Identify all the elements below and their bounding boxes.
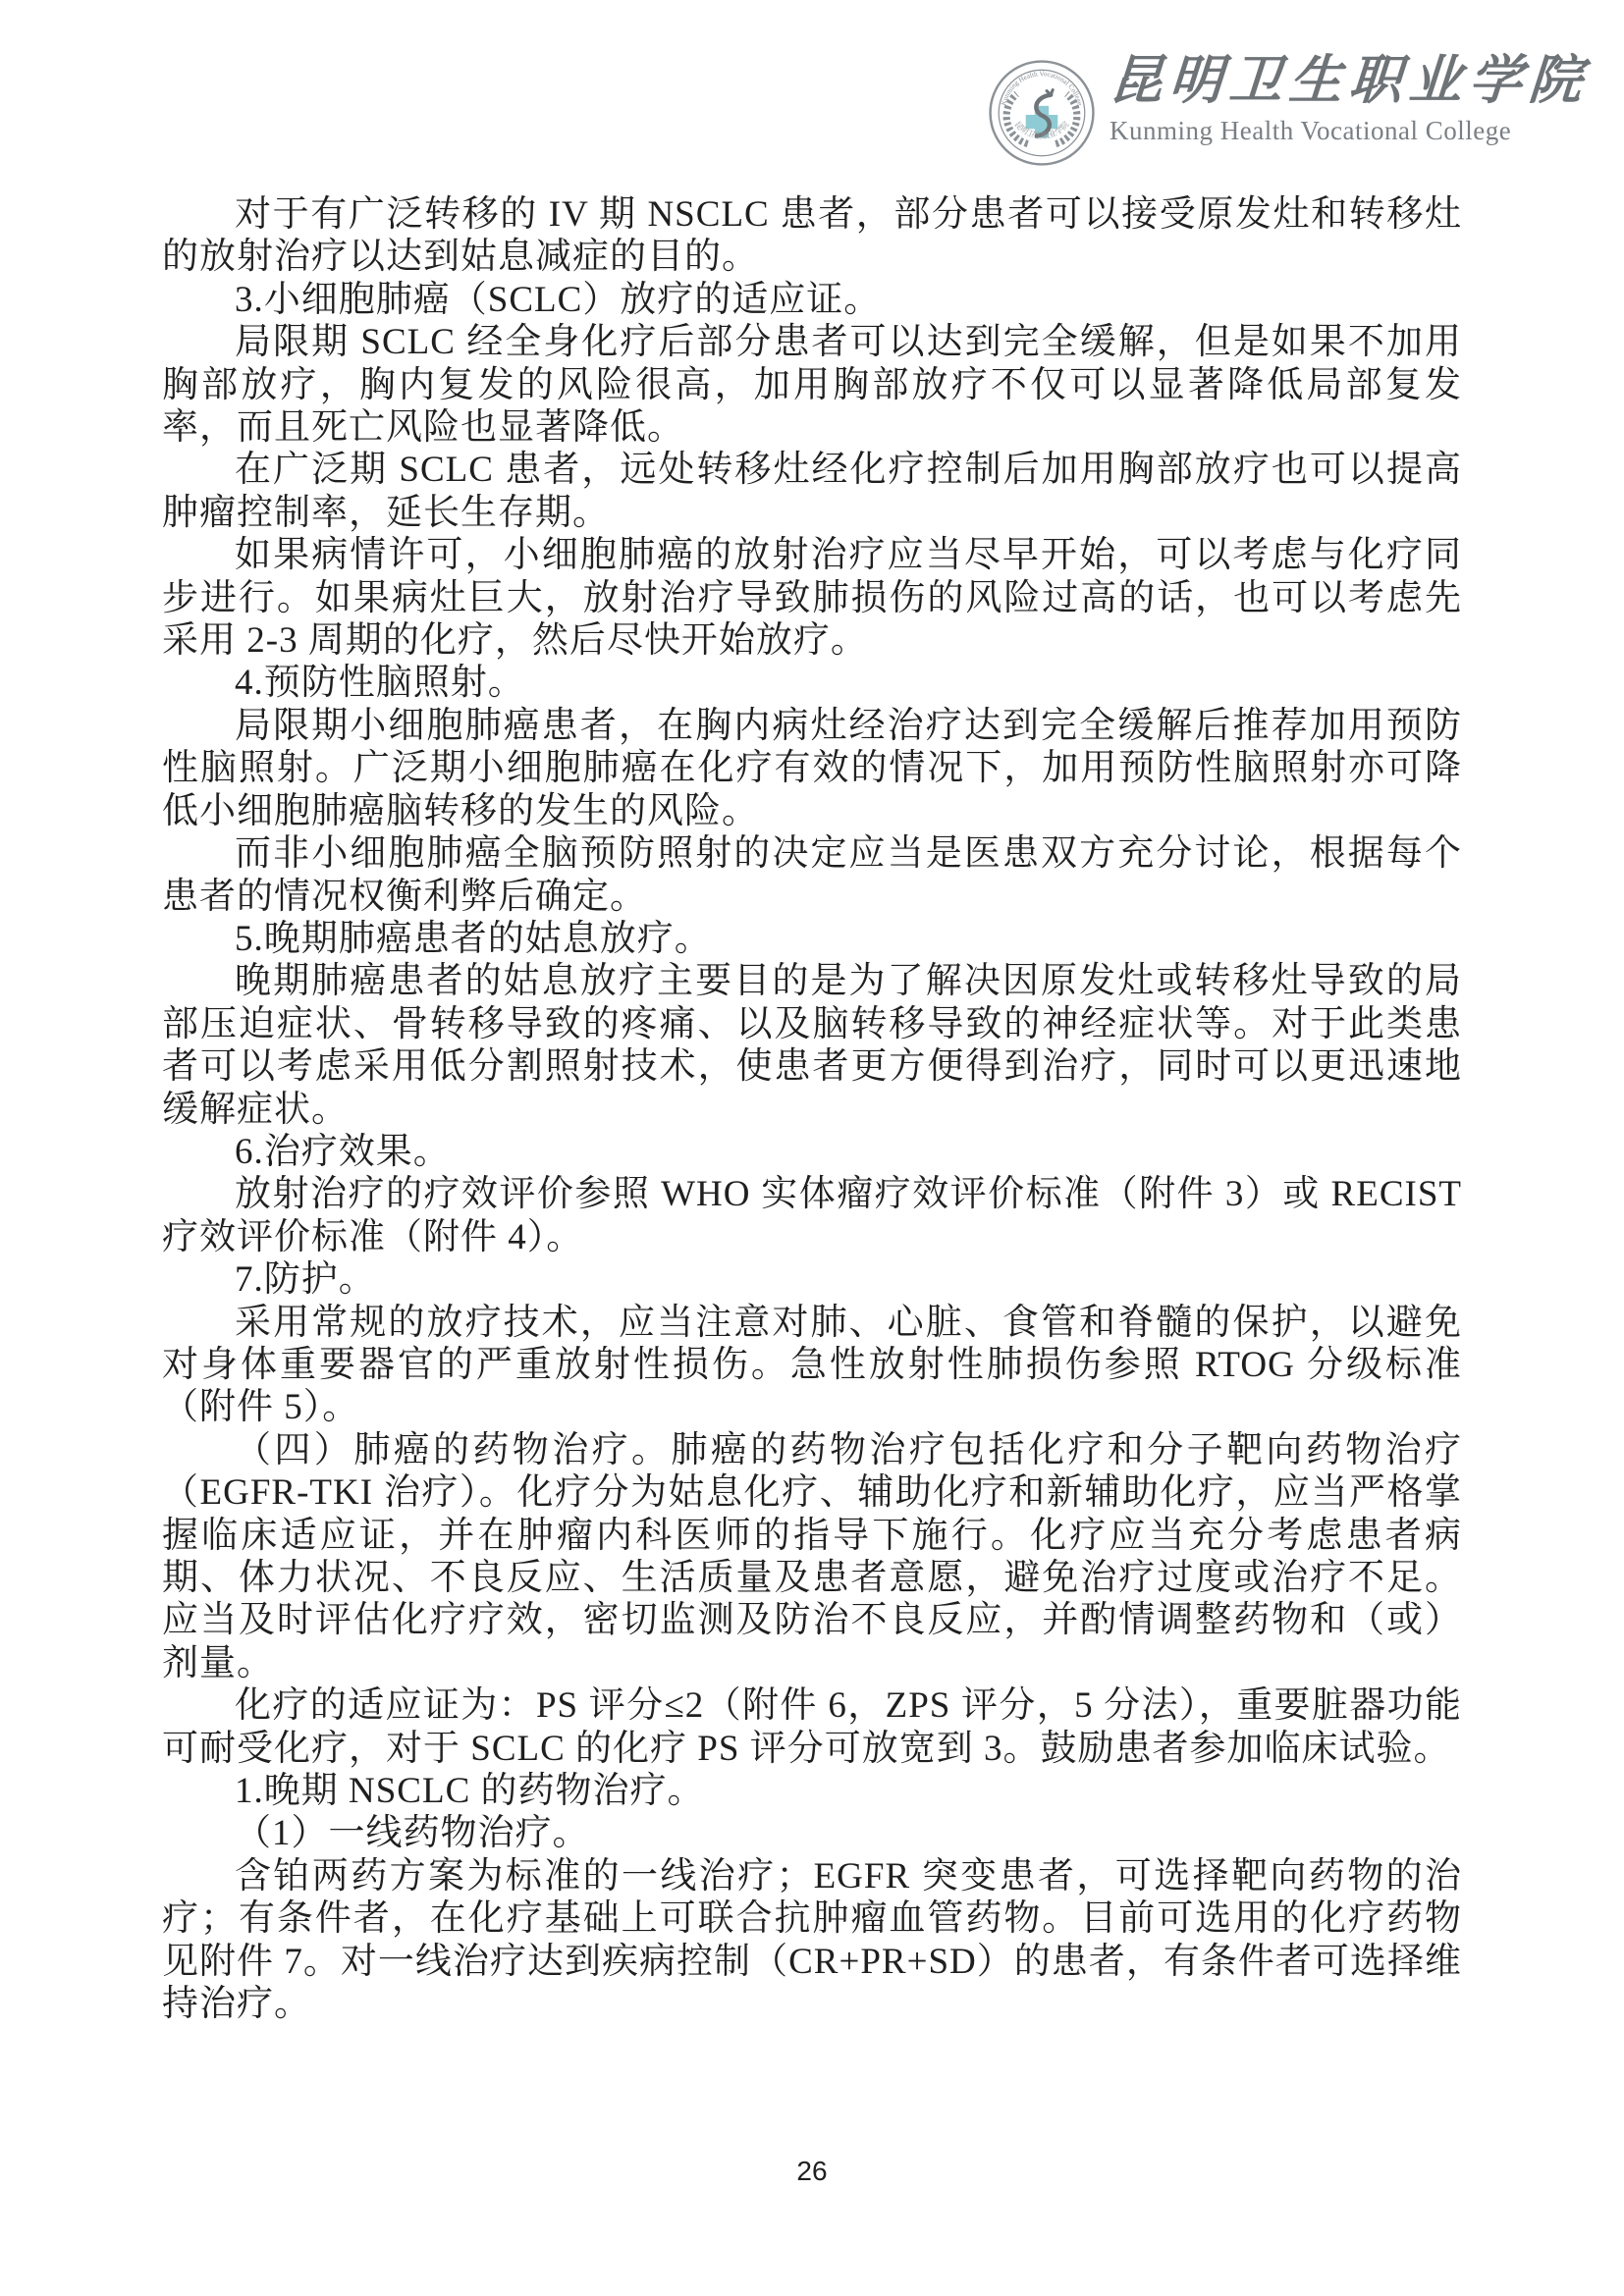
page-number: 26: [0, 2156, 1624, 2187]
college-logo-text: 昆明卫生职业学院 Kunming Health Vocational Colle…: [1110, 51, 1589, 145]
paragraph: 4.预防性脑照射。: [162, 662, 1462, 704]
document-body: 对于有广泛转移的 IV 期 NSCLC 患者，部分患者可以接受原发灶和转移灶的放…: [162, 193, 1462, 2025]
paragraph: 化疗的适应证为：PS 评分≤2（附件 6，ZPS 评分，5 分法），重要脏器功能…: [162, 1684, 1462, 1770]
paragraph: （四）肺癌的药物治疗。肺癌的药物治疗包括化疗和分子靶向药物治疗（EGFR-TKI…: [162, 1429, 1462, 1684]
document-page: Kunming Health Vocational College 昆明卫生职业…: [0, 0, 1624, 2296]
paragraph: 在广泛期 SCLC 患者，远处转移灶经化疗控制后加用胸部放疗也可以提高肿瘤控制率…: [162, 449, 1462, 534]
paragraph: 采用常规的放疗技术，应当注意对肺、心脏、食管和脊髓的保护，以避免对身体重要器官的…: [162, 1302, 1462, 1429]
college-name-english: Kunming Health Vocational College: [1110, 116, 1589, 145]
paragraph: （1）一线药物治疗。: [162, 1812, 1462, 1854]
paragraph: 1.晚期 NSCLC 的药物治疗。: [162, 1770, 1462, 1812]
paragraph: 对于有广泛转移的 IV 期 NSCLC 患者，部分患者可以接受原发灶和转移灶的放…: [162, 193, 1462, 279]
paragraph: 含铂两药方案为标准的一线治疗；EGFR 突变患者，可选择靶向药物的治疗；有条件者…: [162, 1855, 1462, 2026]
paragraph: 7.防护。: [162, 1258, 1462, 1301]
college-logo: Kunming Health Vocational College 昆明卫生职业…: [988, 51, 1589, 167]
paragraph: 5.晚期肺癌患者的姑息放疗。: [162, 918, 1462, 960]
paragraph: 6.治疗效果。: [162, 1131, 1462, 1173]
paragraph: 放射治疗的疗效评价参照 WHO 实体瘤疗效评价标准（附件 3）或 RECIST …: [162, 1173, 1462, 1258]
paragraph: 而非小细胞肺癌全脑预防照射的决定应当是医患双方充分讨论，根据每个患者的情况权衡利…: [162, 832, 1462, 918]
college-seal-icon: Kunming Health Vocational College 昆明卫生职业…: [988, 59, 1096, 167]
paragraph: 晚期肺癌患者的姑息放疗主要目的是为了解决因原发灶或转移灶导致的局部压迫症状、骨转…: [162, 960, 1462, 1131]
seal-ring-text: Kunming Health Vocational College: [1000, 70, 1084, 106]
paragraph: 局限期小细胞肺癌患者，在胸内病灶经治疗达到完全缓解后推荐加用预防性脑照射。广泛期…: [162, 705, 1462, 832]
paragraph: 3.小细胞肺癌（SCLC）放疗的适应证。: [162, 279, 1462, 321]
college-name-calligraphy: 昆明卫生职业学院: [1108, 51, 1591, 110]
paragraph: 局限期 SCLC 经全身化疗后部分患者可以达到完全缓解，但是如果不加用胸部放疗，…: [162, 321, 1462, 449]
paragraph: 如果病情许可，小细胞肺癌的放射治疗应当尽早开始，可以考虑与化疗同步进行。如果病灶…: [162, 534, 1462, 662]
